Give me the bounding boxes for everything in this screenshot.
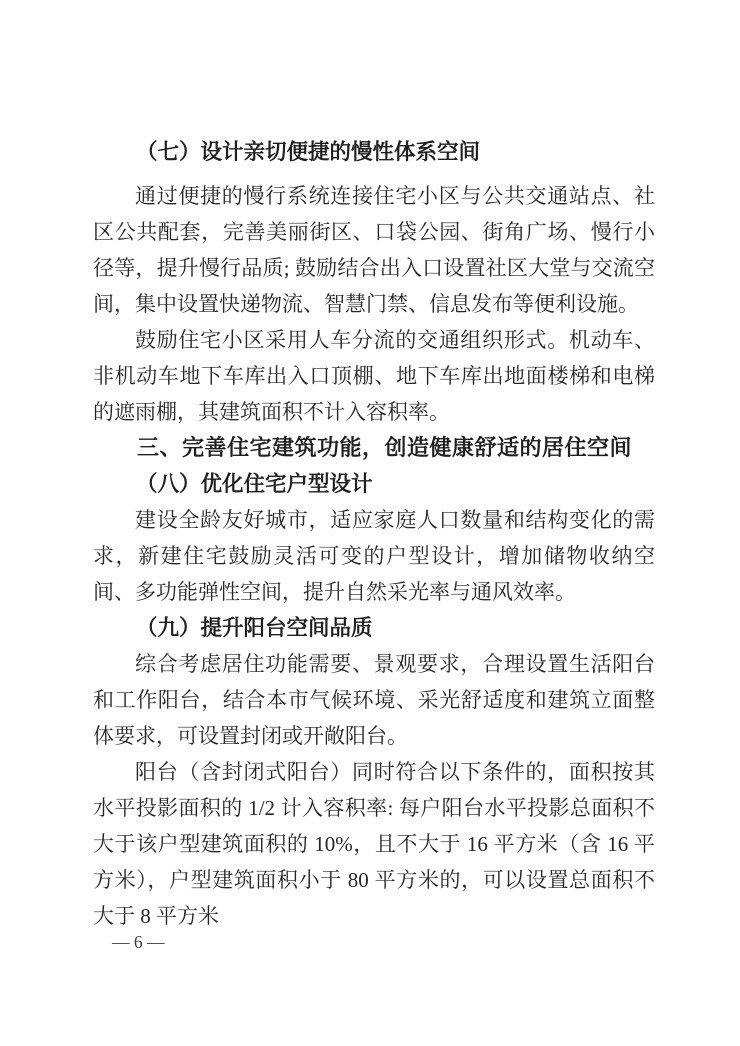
section-heading: （九）提升阳台空间品质: [93, 610, 655, 646]
document-body: （七）设计亲切便捷的慢性体系空间通过便捷的慢行系统连接住宅小区与公共交通站点、社…: [93, 134, 655, 934]
section-heading: （七）设计亲切便捷的慢性体系空间: [93, 134, 655, 170]
body-paragraph: 综合考虑居住功能需要、景观要求，合理设置生活阳台和工作阳台，结合本市气候环境、采…: [93, 646, 655, 754]
chapter-heading: 三、完善住宅建筑功能，创造健康舒适的居住空间: [93, 430, 655, 466]
body-paragraph: 阳台（含封闭式阳台）同时符合以下条件的，面积按其水平投影面积的 1/2 计入容积…: [93, 754, 655, 934]
body-paragraph: 通过便捷的慢行系统连接住宅小区与公共交通站点、社区公共配套，完善美丽街区、口袋公…: [93, 178, 655, 322]
page-number: — 6 —: [112, 931, 165, 953]
document-page: （七）设计亲切便捷的慢性体系空间通过便捷的慢行系统连接住宅小区与公共交通站点、社…: [0, 0, 740, 1046]
body-paragraph: 鼓励住宅小区采用人车分流的交通组织形式。机动车、非机动车地下车库出入口顶棚、地下…: [93, 322, 655, 430]
section-heading: （八）优化住宅户型设计: [93, 466, 655, 502]
body-paragraph: 建设全龄友好城市，适应家庭人口数量和结构变化的需求，新建住宅鼓励灵活可变的户型设…: [93, 502, 655, 610]
